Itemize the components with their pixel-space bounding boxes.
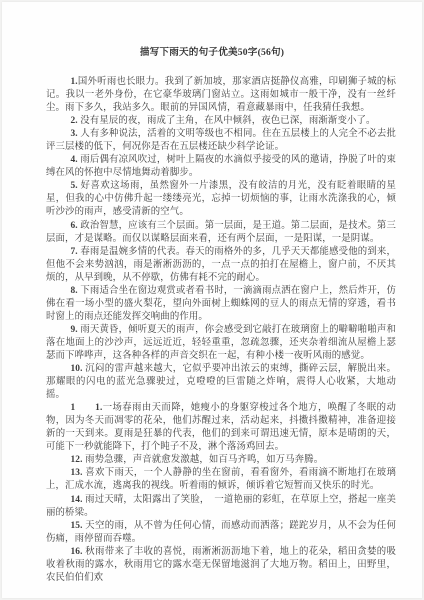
item-number: 5. [70, 181, 77, 191]
item-number: 9. [70, 325, 77, 335]
item-number: 6. [70, 221, 77, 231]
paragraph: 13. 喜欢下雨天，一个人静静的坐在窗前，看看窗外，看雨滴不断地打在玻璃上，汇成… [46, 467, 396, 493]
item-number: 16. [70, 547, 82, 557]
item-number: 4. [70, 155, 77, 165]
item-number: 10. [70, 364, 82, 374]
paragraph: 5. 好喜欢这场雨，虽然窗外一片漆黑，没有皎洁的月光，没有眨着眼睛的星星，但我的… [46, 180, 396, 219]
item-number: 13. [70, 468, 82, 478]
paragraph: 12. 雨势急骤，声音就愈发激越，如百马齐鸣，如万马奔腾。 [46, 454, 396, 467]
item-number: 12. [70, 455, 82, 465]
paragraph-list: 1.国外听雨也长眼力。我到了新加坡，那家酒店挺静仪高雅，印刷狮子城的标记。我以一… [46, 76, 396, 585]
item-number: 7. [70, 247, 77, 257]
item-number: 3. [70, 129, 77, 139]
paragraph: 4. 雨后偶有凉风吹过，树叶上隔夜的水滴似乎接受的风的邀请，挣脱了叶的束缚在风的… [46, 154, 396, 180]
paragraph: 9. 雨天黄昏，倾听夏天的雨声，你会感受到它敲打在玻璃窗上的噼噼啪啪声和落在地面… [46, 324, 396, 363]
item-number: 1. [70, 77, 77, 87]
paragraph: 1.国外听雨也长眼力。我到了新加坡，那家酒店挺静仪高雅，印刷狮子城的标记。我以一… [46, 76, 396, 115]
paragraph: 15. 天空的雨，从不曾为任何心情，而感动而洒落；蹉跎岁月，从不会为任何伤痛，雨… [46, 520, 396, 546]
paragraph: 6. 政治智慧，应该有三个层面。第一层面，是王道。第二层面，是技术。第三层面，才… [46, 220, 396, 246]
paragraph: 10. 沉闷的雷声越来越大，它似乎要冲出浓云的束缚，撕碎云层，解脱出来。那耀眼的… [46, 363, 396, 402]
item-number: 14. [70, 495, 82, 505]
paragraph: 8. 下雨适合坐在窗边观赏或者看书时，一滴滴雨点洒在窗户上，然后炸开，仿佛在看一… [46, 285, 396, 324]
item-number: 15. [70, 521, 82, 531]
paragraph: 16. 秋雨带来了丰收的喜悦，雨淅淅沥沥地下着，地上的花朵，稻田贪婪的吸收着秋雨… [46, 546, 396, 585]
item-number: 2. [70, 116, 77, 126]
paragraph: 14. 雨过天晴，太阳露出了笑脸， 一道艳丽的彩虹，在草原上空，搭起一座美丽的桥… [46, 494, 396, 520]
document-page: 描写下雨天的句子优美50字(56句) 1.国外听雨也长眼力。我到了新加坡，那家酒… [2, 2, 422, 598]
paragraph: 7. 春雨是温婉多情的代表。春天的雨格外的多，几乎天天都能感受他的到来，但他不会… [46, 246, 396, 285]
paragraph: 3. 人有多种说法，活着的文明等级也不相同。住在五层楼上的人完全不必去批评三层楼… [46, 128, 396, 154]
paragraph: 2. 没有星辰的夜，雨成了主角，在风中倾斜，夜色已深，雨渐渐变小了。 [46, 115, 396, 128]
page-title: 描写下雨天的句子优美50字(56句) [46, 44, 378, 58]
item-number: 1 1. [70, 403, 102, 413]
item-number: 8. [70, 286, 77, 296]
paragraph: 1 1.一场春雨由天而降，她瘦小的身躯穿梭过各个地方，唤醒了冬眠的动物，因为冬天… [46, 402, 396, 454]
